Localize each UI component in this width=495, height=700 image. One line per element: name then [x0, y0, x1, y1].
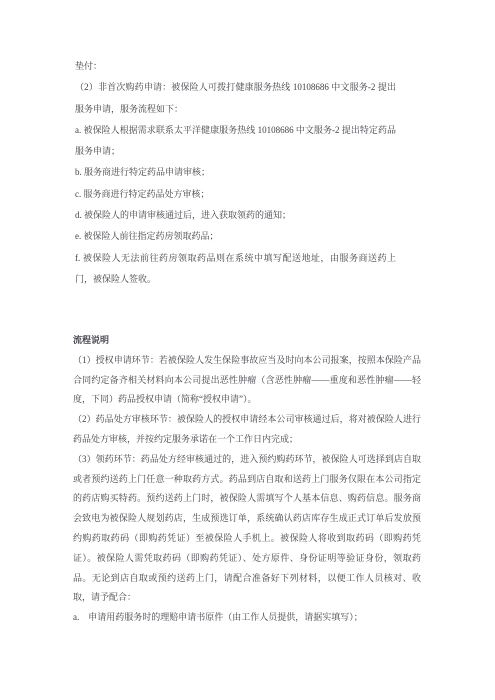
paragraph-3-medicine-pickup-step: （3）领药环节：药品处方经审核通过的，进入预约购药环节，被保险人可选择到店自取或… [73, 450, 421, 608]
list-item-a-apply-service: a. 被保险人根据需求联系太平洋健康服务热线 10108686 中文服务-2 提… [75, 120, 396, 163]
list-item-c-prescription-review: c. 服务商进行特定药品处方审核； [75, 184, 396, 205]
paragraph-1-authorization-application: （1）授权申请环节：若被保险人发生保险事故应当及时向本公司报案，按照本保险产品合… [73, 351, 421, 410]
paragraph-non-first-purchase-intro: （2）非首次购药申请：被保险人可拨打健康服务热线 10108686 中文服务-2… [75, 77, 396, 120]
list-item-b-application-review: b. 服务商进行特定药品申请审核； [75, 162, 396, 183]
list-item-e-pharmacy-pickup: e. 被保险人前往指定药房领取药品； [75, 226, 396, 247]
list-item-a-claim-application-form: a. 申请用药服务时的理赔申请书原件（由工作人员提供，请据实填写）； [73, 608, 421, 628]
section-purchase-service-flow: 垫付： （2）非首次购药申请：被保险人可拨打健康服务热线 10108686 中文… [75, 56, 396, 290]
paragraph-2-prescription-review-step: （2）药品处方审核环节：被保险人的授权申请经本公司审核通过后，将对被保险人进行药… [73, 410, 421, 450]
list-item-d-pickup-notice: d. 被保险人的申请审核通过后，进入获取领药的通知； [75, 205, 396, 226]
section-process-description: 流程说明 （1）授权申请环节：若被保险人发生保险事故应当及时向本公司报案，按照本… [73, 331, 421, 628]
list-item-f-home-delivery: f. 被保险人无法前往药房领取药品则在系统中填写配送地址，由服务商送药上门，被保… [75, 248, 396, 291]
section-heading-process-description: 流程说明 [73, 331, 421, 351]
document-page: 垫付： （2）非首次购药申请：被保险人可拨打健康服务热线 10108686 中文… [0, 0, 495, 700]
paragraph-advance-payment-tail: 垫付： [75, 56, 396, 77]
